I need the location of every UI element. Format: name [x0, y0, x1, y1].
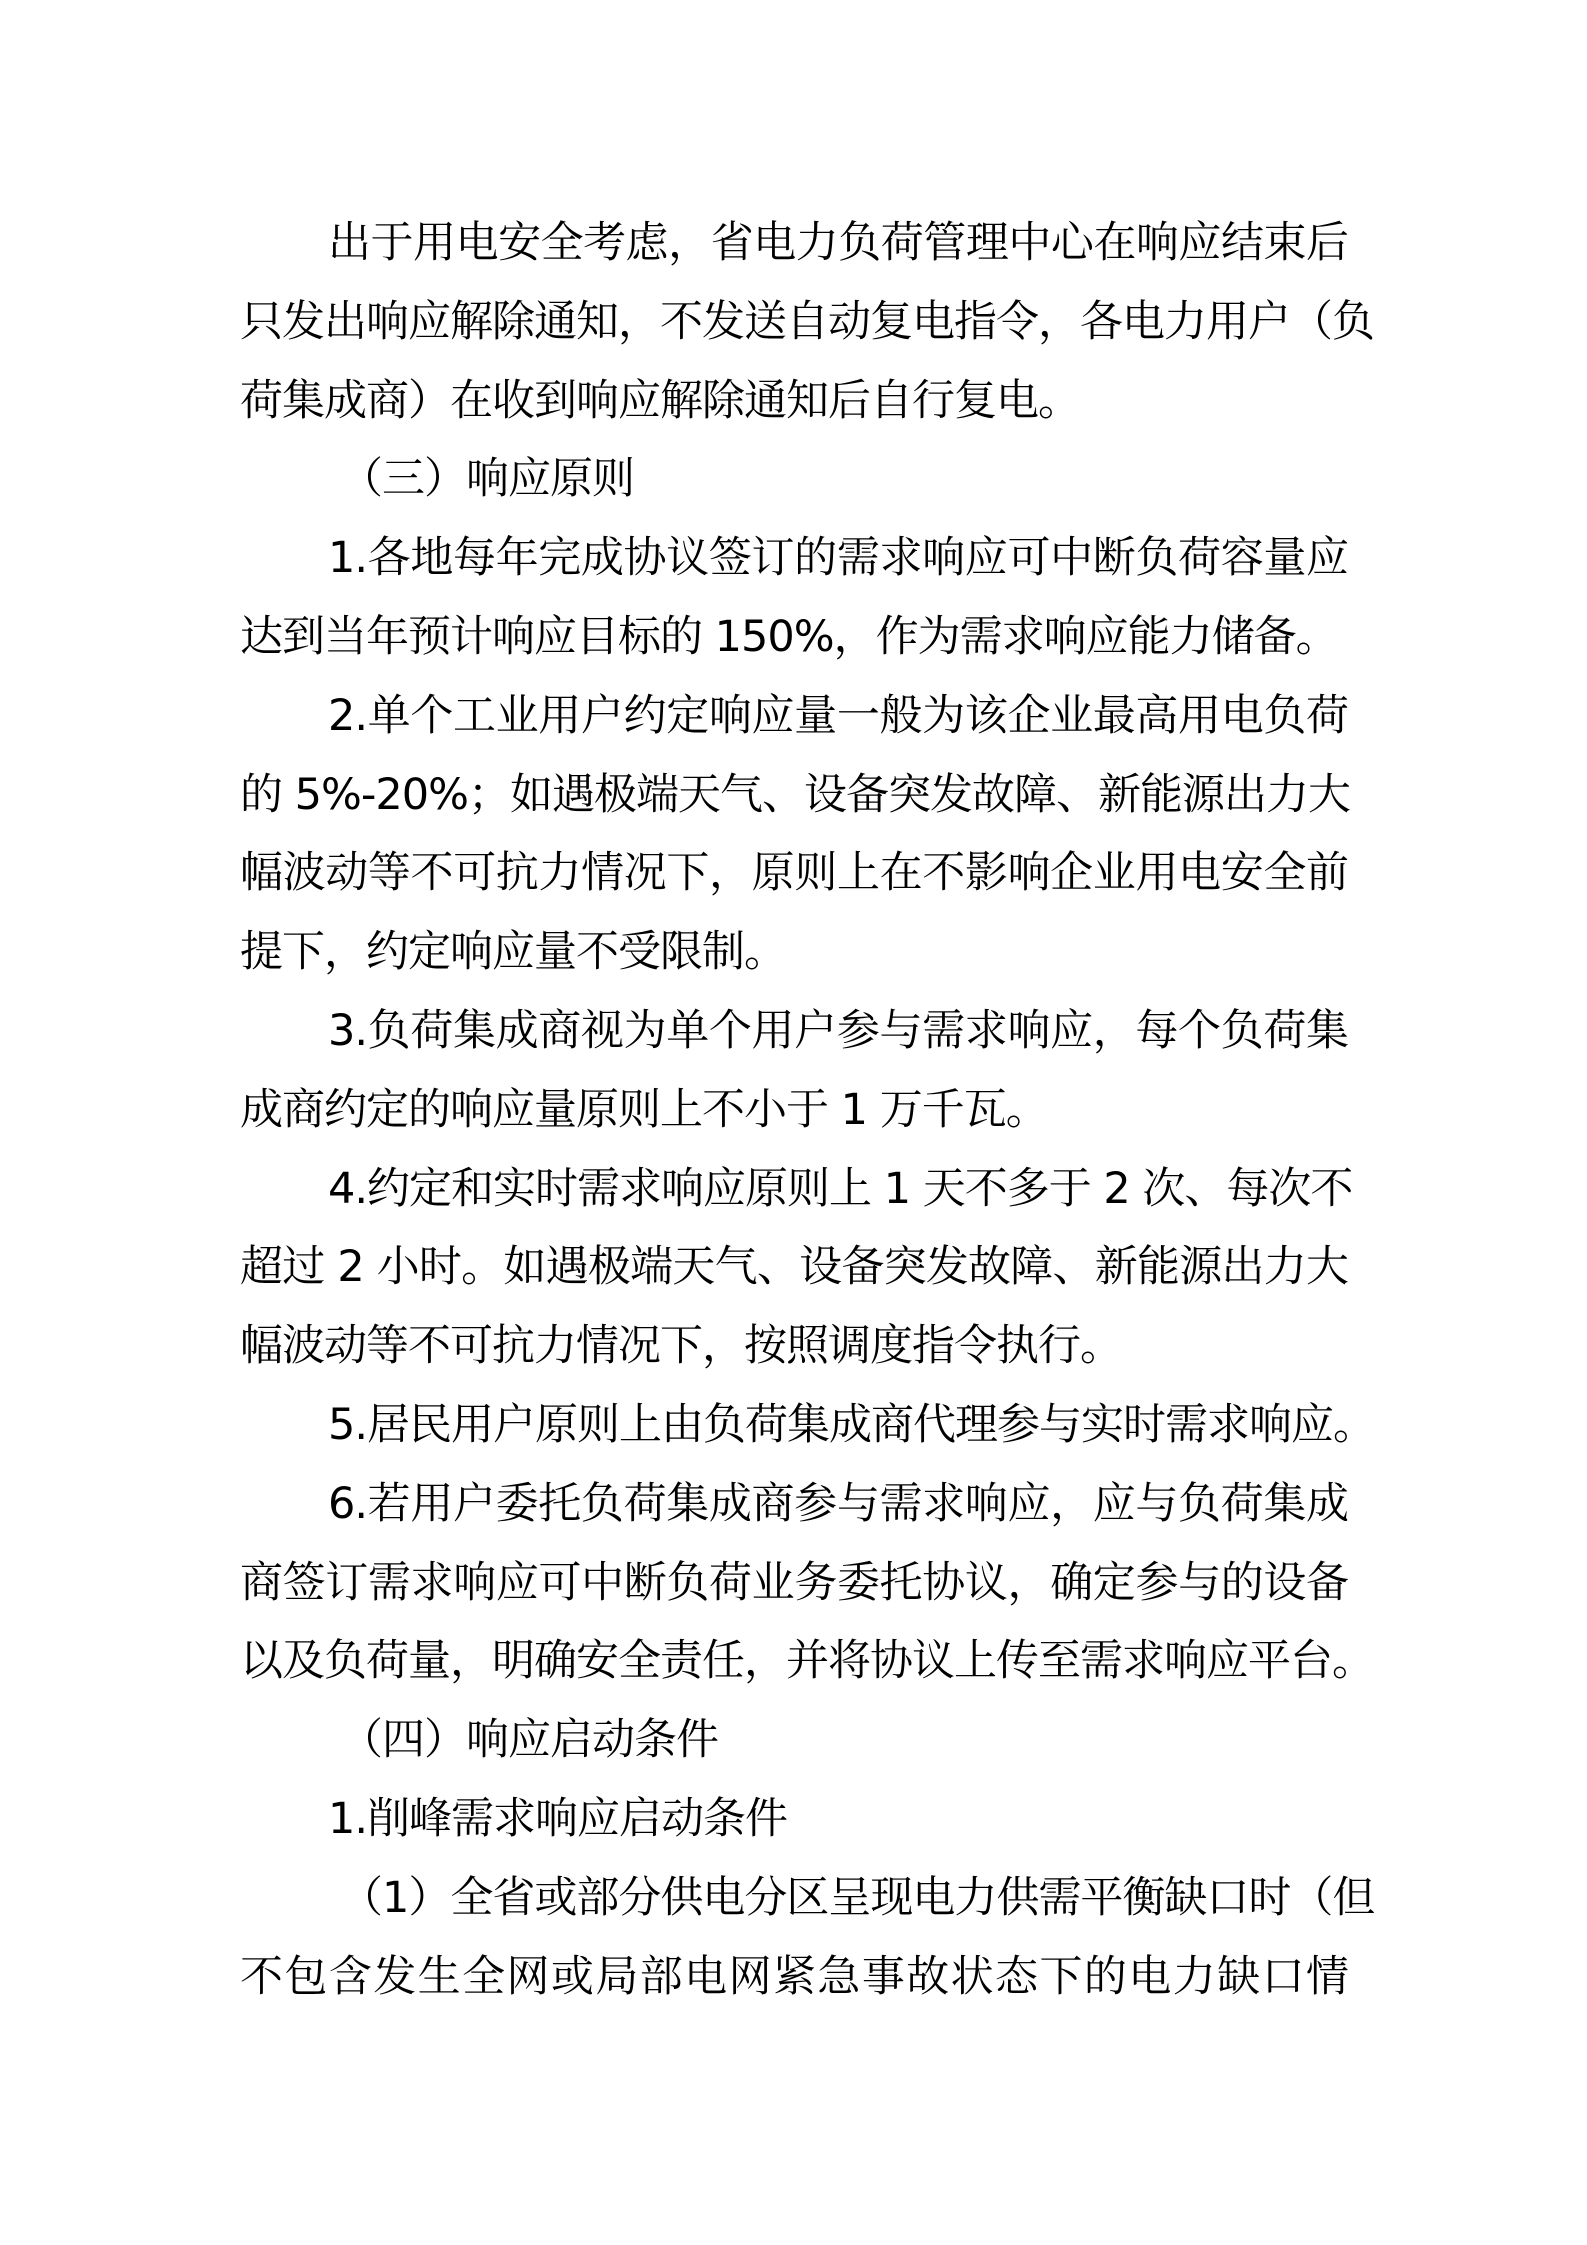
paragraph-principle-1: 1.各地每年完成协议签订的需求响应可中断负荷容量应 达到当年预计响应目标的 15…: [240, 527, 1348, 685]
text-line: 3.负荷集成商视为单个用户参与需求响应，每个负荷集: [240, 1000, 1348, 1079]
text-line: 2.单个工业用户约定响应量一般为该企业最高用电负荷: [240, 685, 1348, 764]
text-line: 商签订需求响应可中断负荷业务委托协议，确定参与的设备: [240, 1552, 1348, 1631]
document-page: 出于用电安全考虑，省电力负荷管理中心在响应结束后 只发出响应解除通知，不发送自动…: [0, 0, 1587, 2245]
section-heading-response-principles: （三）响应原则: [240, 448, 1348, 527]
text-line: 只发出响应解除通知，不发送自动复电指令，各电力用户（负: [240, 291, 1348, 370]
paragraph-principle-3: 3.负荷集成商视为单个用户参与需求响应，每个负荷集 成商约定的响应量原则上不小于…: [240, 1000, 1348, 1158]
text-line: 6.若用户委托负荷集成商参与需求响应，应与负荷集成: [240, 1473, 1348, 1552]
paragraph-restore-power: 出于用电安全考虑，省电力负荷管理中心在响应结束后 只发出响应解除通知，不发送自动…: [240, 212, 1348, 448]
text-line: 出于用电安全考虑，省电力负荷管理中心在响应结束后: [240, 212, 1348, 291]
section-heading-start-conditions: （四）响应启动条件: [240, 1709, 1348, 1788]
text-line: 以及负荷量，明确安全责任，并将协议上传至需求响应平台。: [240, 1630, 1348, 1709]
document-body: 出于用电安全考虑，省电力负荷管理中心在响应结束后 只发出响应解除通知，不发送自动…: [240, 212, 1348, 2024]
text-line: 的 5%-20%；如遇极端天气、设备突发故障、新能源出力大: [240, 764, 1348, 843]
text-line: 提下，约定响应量不受限制。: [240, 921, 1348, 1000]
text-line: 5.居民用户原则上由负荷集成商代理参与实时需求响应。: [240, 1394, 1348, 1473]
text-line: 4.约定和实时需求响应原则上 1 天不多于 2 次、每次不: [240, 1158, 1348, 1237]
text-line: 不包含发生全网或局部电网紧急事故状态下的电力缺口情: [240, 1946, 1348, 2025]
text-line: （1）全省或部分供电分区呈现电力供需平衡缺口时（但: [240, 1867, 1348, 1946]
paragraph-principle-5: 5.居民用户原则上由负荷集成商代理参与实时需求响应。: [240, 1394, 1348, 1473]
paragraph-principle-6: 6.若用户委托负荷集成商参与需求响应，应与负荷集成 商签订需求响应可中断负荷业务…: [240, 1473, 1348, 1709]
text-line: 达到当年预计响应目标的 150%，作为需求响应能力储备。: [240, 606, 1348, 685]
text-line: 幅波动等不可抗力情况下，原则上在不影响企业用电安全前: [240, 842, 1348, 921]
text-line: 荷集成商）在收到响应解除通知后自行复电。: [240, 370, 1348, 449]
paragraph-condition-1: （1）全省或部分供电分区呈现电力供需平衡缺口时（但 不包含发生全网或局部电网紧急…: [240, 1867, 1348, 2025]
text-line: 幅波动等不可抗力情况下，按照调度指令执行。: [240, 1315, 1348, 1394]
text-line: 超过 2 小时。如遇极端天气、设备突发故障、新能源出力大: [240, 1236, 1348, 1315]
text-line: 成商约定的响应量原则上不小于 1 万千瓦。: [240, 1079, 1348, 1158]
text-line: 1.各地每年完成协议签订的需求响应可中断负荷容量应: [240, 527, 1348, 606]
subheading-peak-shaving-conditions: 1.削峰需求响应启动条件: [240, 1788, 1348, 1867]
paragraph-principle-4: 4.约定和实时需求响应原则上 1 天不多于 2 次、每次不 超过 2 小时。如遇…: [240, 1158, 1348, 1394]
paragraph-principle-2: 2.单个工业用户约定响应量一般为该企业最高用电负荷 的 5%-20%；如遇极端天…: [240, 685, 1348, 1000]
